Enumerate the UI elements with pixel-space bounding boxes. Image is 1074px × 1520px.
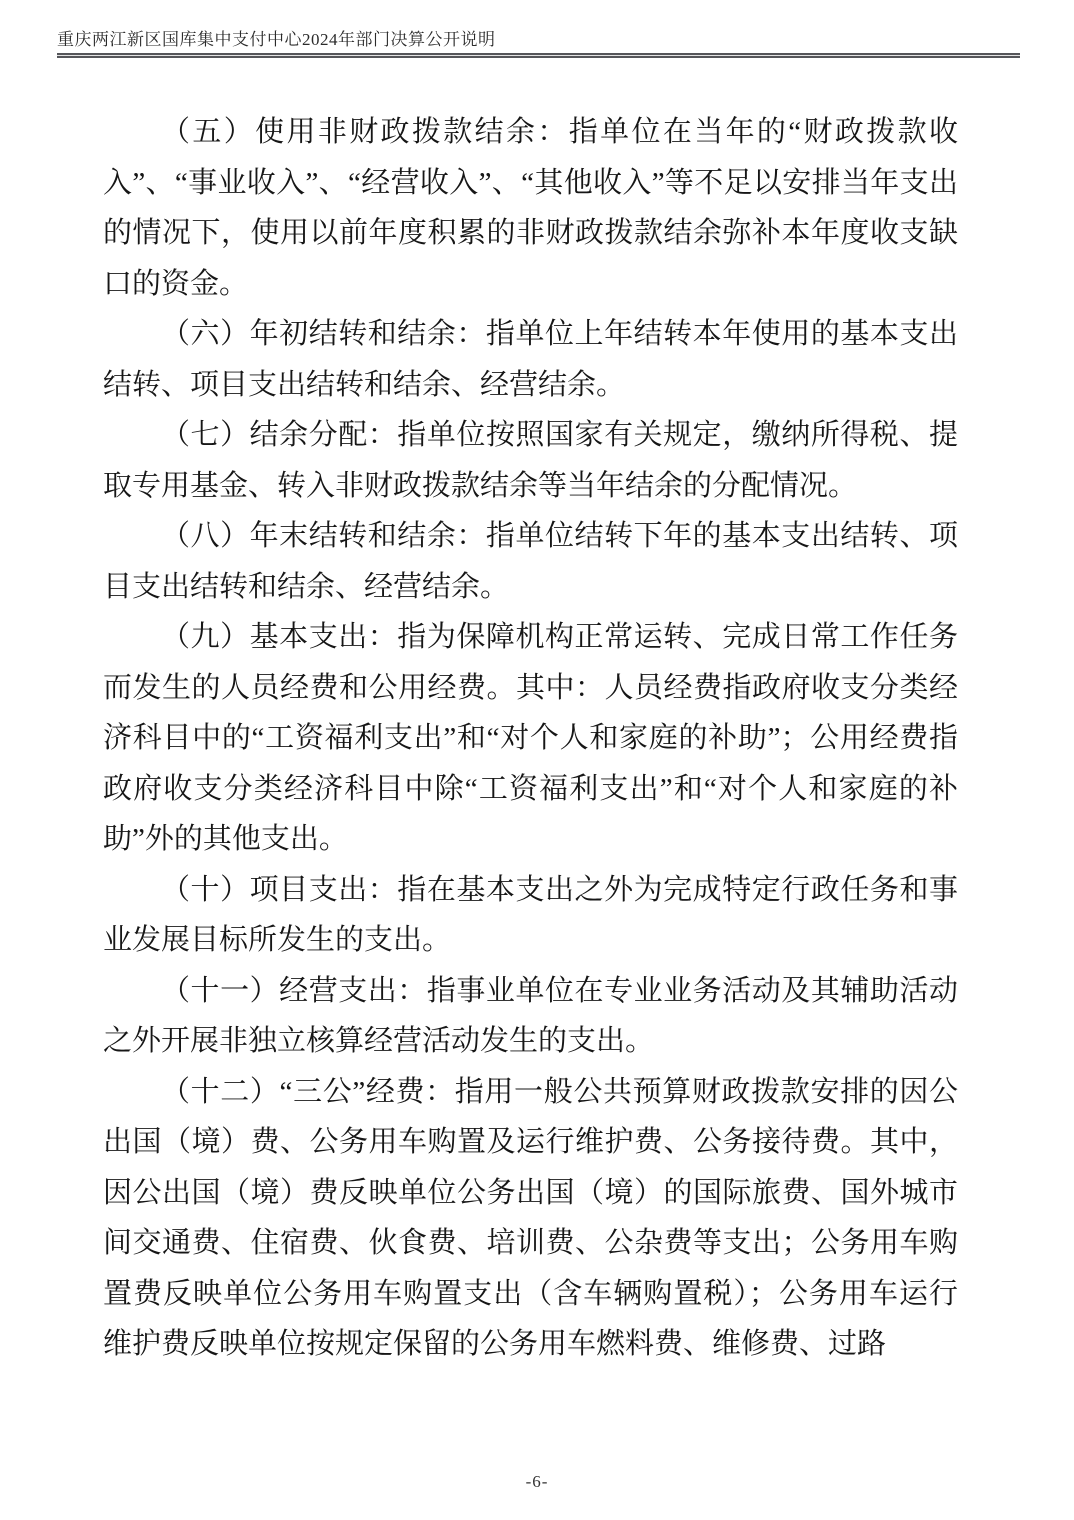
paragraph-12-three-public-funds: （十二）“三公”经费：指用一般公共预算财政拨款安排的因公出国（境）费、公务用车购… [103, 1067, 958, 1370]
paragraph-5-use-of-non-fiscal-carryover: （五）使用非财政拨款结余：指单位在当年的“财政拨款收入”、“事业收入”、“经营收… [103, 107, 958, 309]
page-footer: -6- [0, 1472, 1074, 1492]
header-divider [57, 53, 1020, 58]
paragraph-8-year-end-carryover: （八）年末结转和结余：指单位结转下年的基本支出结转、项目支出结转和结余、经营结余… [103, 511, 958, 612]
page-header-title: 重庆两江新区国库集中支付中心2024年部门决算公开说明 [57, 29, 1020, 51]
page-header: 重庆两江新区国库集中支付中心2024年部门决算公开说明 [57, 29, 1020, 51]
paragraph-9-basic-expenditure: （九）基本支出：指为保障机构正常运转、完成日常工作任务而发生的人员经费和公用经费… [103, 612, 958, 865]
paragraph-6-beginning-year-carryover: （六）年初结转和结余：指单位上年结转本年使用的基本支出结转、项目支出结转和结余、… [103, 309, 958, 410]
page-number: -6- [526, 1472, 549, 1491]
document-body: （五）使用非财政拨款结余：指单位在当年的“财政拨款收入”、“事业收入”、“经营收… [103, 107, 958, 1370]
paragraph-7-surplus-distribution: （七）结余分配：指单位按照国家有关规定，缴纳所得税、提取专用基金、转入非财政拨款… [103, 410, 958, 511]
document-page: 重庆两江新区国库集中支付中心2024年部门决算公开说明 （五）使用非财政拨款结余… [0, 0, 1074, 1520]
paragraph-10-project-expenditure: （十）项目支出：指在基本支出之外为完成特定行政任务和事业发展目标所发生的支出。 [103, 865, 958, 966]
paragraph-11-operating-expenditure: （十一）经营支出：指事业单位在专业业务活动及其辅助活动之外开展非独立核算经营活动… [103, 966, 958, 1067]
